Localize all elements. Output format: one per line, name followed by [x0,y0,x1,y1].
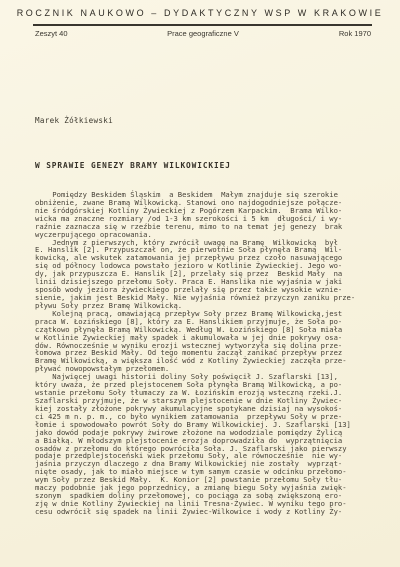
journal-title: ROCZNIK NAUKOWO – DYDAKTYCZNY WSP W KRAK… [0,8,400,18]
author-name: Marek Żółkiewski [35,116,113,125]
header-rule [33,24,372,26]
series-label: Prace geograficzne V [35,29,371,38]
paragraph-4: Najwięcej uwagi historii doliny Soły poś… [35,373,375,516]
header-meta-row: Zeszyt 40 Prace geograficzne V Rok 1970 [35,29,371,38]
paragraph-2: Jednym z pierwszych, który zwrócił uwagę… [35,239,375,310]
paragraph-3: Kolejną pracą, omawiającą przepływ Soły … [35,310,375,373]
paragraph-1: Pomiędzy Beskidem Śląskim a Beskidem Mał… [35,191,375,239]
document-page: ROCZNIK NAUKOWO – DYDAKTYCZNY WSP W KRAK… [0,0,400,567]
article-title: W SPRAWIE GENEZY BRAMY WILKOWICKIEJ [35,161,231,170]
article-body: Pomiędzy Beskidem Śląskim a Beskidem Mał… [35,191,375,516]
